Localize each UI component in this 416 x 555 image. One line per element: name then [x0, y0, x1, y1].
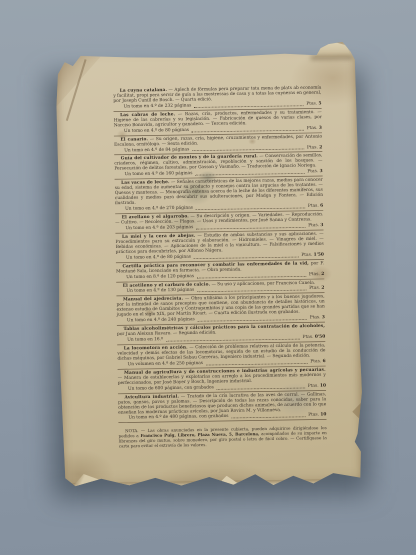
photo-background: La cuyna catalana. — Aplech de fórmulas …	[0, 0, 416, 555]
price: Ptas. 5	[306, 101, 321, 106]
tome-line: Un tomo en 4.º de 480 páginas, con graba…	[118, 413, 326, 421]
dotted-leader	[194, 256, 299, 258]
catalog-entry: La cuyna catalana. — Aplech de fórmulas …	[113, 84, 321, 112]
dotted-leader	[206, 363, 308, 365]
dotted-leader	[192, 130, 304, 132]
dotted-leader	[217, 387, 305, 389]
tome-text: Un tomo en 4.º de 203 páginas	[125, 225, 193, 231]
catalog-entry: Las cabras de leche. — Razas, cría, prod…	[114, 109, 322, 137]
dotted-leader	[196, 208, 305, 210]
tome-text: Un tomo en 16.º	[127, 337, 163, 343]
tome-text: Un tomo en 4.º de 130 páginas	[126, 288, 194, 294]
dotted-leader	[197, 290, 306, 292]
dotted-leader	[195, 173, 304, 175]
tome-text: Un tomo en 4.º de 480 páginas, con graba…	[128, 414, 228, 421]
catalog-entry: La locomotora en acción. — Colección de …	[117, 342, 325, 370]
price: Ptas. 2	[309, 286, 324, 291]
price: Ptas. 6	[308, 204, 323, 209]
catalog-text-block: La cuyna catalana. — Aplech de fórmulas …	[113, 84, 327, 449]
tome-text: Un tomo en 8.º de 120 páginas	[126, 274, 194, 280]
flap-shadow	[311, 55, 353, 61]
price: Ptas. 3	[310, 315, 325, 320]
publisher-nota: NOTA. — Las obras anunciadas en la prese…	[119, 426, 327, 449]
dotted-leader	[197, 276, 306, 278]
tome-text: Un tomo en 4.º de 160 páginas	[125, 171, 193, 177]
price: Ptas. 2	[307, 145, 322, 150]
catalog-entry: Guía del cultivador de montes y de la gu…	[114, 152, 322, 180]
catalog-entry: Avicultura industrial. — Tratado de la c…	[118, 391, 327, 424]
tome-text: Un volumen en 4.º de 250 páginas	[128, 361, 204, 367]
book-back-cover: La cuyna catalana. — Aplech de fórmulas …	[55, 42, 364, 493]
price: Ptas. 0'50	[303, 335, 326, 340]
price: Ptas. 6	[310, 359, 325, 364]
tome-text: Un tomo en 4.º de 270 páginas	[125, 206, 193, 212]
price: Ptas. 3	[307, 126, 322, 131]
tome-text: Un tomo en 4.º de 84 páginas	[124, 147, 189, 153]
catalog-entry: Manual del ajedrecista. — Obra utilísima…	[116, 293, 325, 326]
dotted-leader	[194, 105, 303, 107]
catalog-entry: La miel y la cera de abejas. — Estudio d…	[115, 230, 324, 263]
dotted-leader	[166, 339, 300, 342]
catalog-entry: Manual de agricultura y de construccione…	[118, 366, 326, 394]
price: Ptas. 10	[308, 413, 326, 418]
catalog-entry: Las vacas de leche. — Señales caracterís…	[115, 177, 324, 215]
tome-text: Un tomo en 4.º de 80 páginas	[124, 128, 189, 134]
tome-text: Un tomo en 4.º de 80 páginas	[126, 255, 191, 261]
dotted-leader	[231, 417, 305, 419]
tome-text: Un tomo de 600 páginas, con grabados	[128, 385, 214, 391]
dotted-leader	[192, 149, 304, 151]
price: Ptas. 2	[309, 272, 324, 277]
entry-description: — Su uso y aplicaciones, por Francisco C…	[212, 280, 316, 287]
entry-description: por Juan Aleixan Ravaro. — Segunda edici…	[117, 330, 217, 337]
tome-text: Un tomo en 4.º de 232 páginas	[124, 103, 192, 109]
tome-text: Un tomo en 4.º de 240 páginas	[127, 318, 195, 324]
price: Ptas. 3	[307, 169, 322, 174]
dotted-leader	[196, 227, 305, 229]
price: Ptas. 1'50	[301, 252, 324, 257]
dotted-leader	[198, 319, 307, 321]
price: Ptas. 3	[308, 223, 323, 228]
price: Ptas. 10	[308, 383, 326, 388]
